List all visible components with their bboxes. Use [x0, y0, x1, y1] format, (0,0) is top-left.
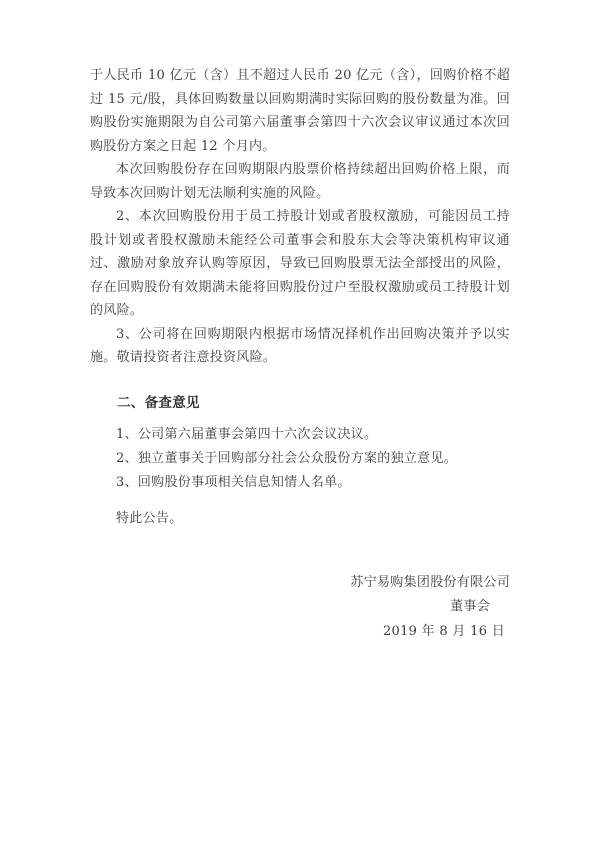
document-content: 于人民币 10 亿元（含）且不超过人民币 20 亿元（含），回购价格不超过 15… [90, 64, 510, 644]
signature-company-name: 苏宁易购集团股份有限公司 [90, 571, 510, 596]
announcement-page: 于人民币 10 亿元（含）且不超过人民币 20 亿元（含），回购价格不超过 15… [0, 0, 600, 848]
body-paragraph-4: 3、公司将在回购期限内根据市场情况择机作出回购决策并予以实施。敬请投资者注意投资… [90, 323, 510, 370]
signature-date: 2019 年 8 月 16 日 [90, 620, 510, 645]
reference-item-3: 3、回购股份事项相关信息知情人名单。 [90, 471, 510, 495]
signature-block: 苏宁易购集团股份有限公司 董事会 2019 年 8 月 16 日 [90, 571, 510, 645]
reference-item-1: 1、公司第六届董事会第四十六次会议决议。 [90, 423, 510, 447]
signature-signer: 董事会 [90, 595, 510, 620]
closing-statement: 特此公告。 [90, 507, 510, 531]
reference-item-2: 2、独立董事关于回购部分社会公众股份方案的独立意见。 [90, 447, 510, 471]
body-paragraph-2: 本次回购股份存在回购期限内股票价格持续超出回购价格上限，而导致本次回购计划无法顺… [90, 158, 510, 205]
section-heading-reference-documents: 二、备查意见 [90, 392, 510, 416]
body-paragraph-1: 于人民币 10 亿元（含）且不超过人民币 20 亿元（含），回购价格不超过 15… [90, 64, 510, 158]
body-paragraph-3: 2、本次回购股份用于员工持股计划或者股权激励，可能因员工持股计划或者股权激励未能… [90, 205, 510, 323]
